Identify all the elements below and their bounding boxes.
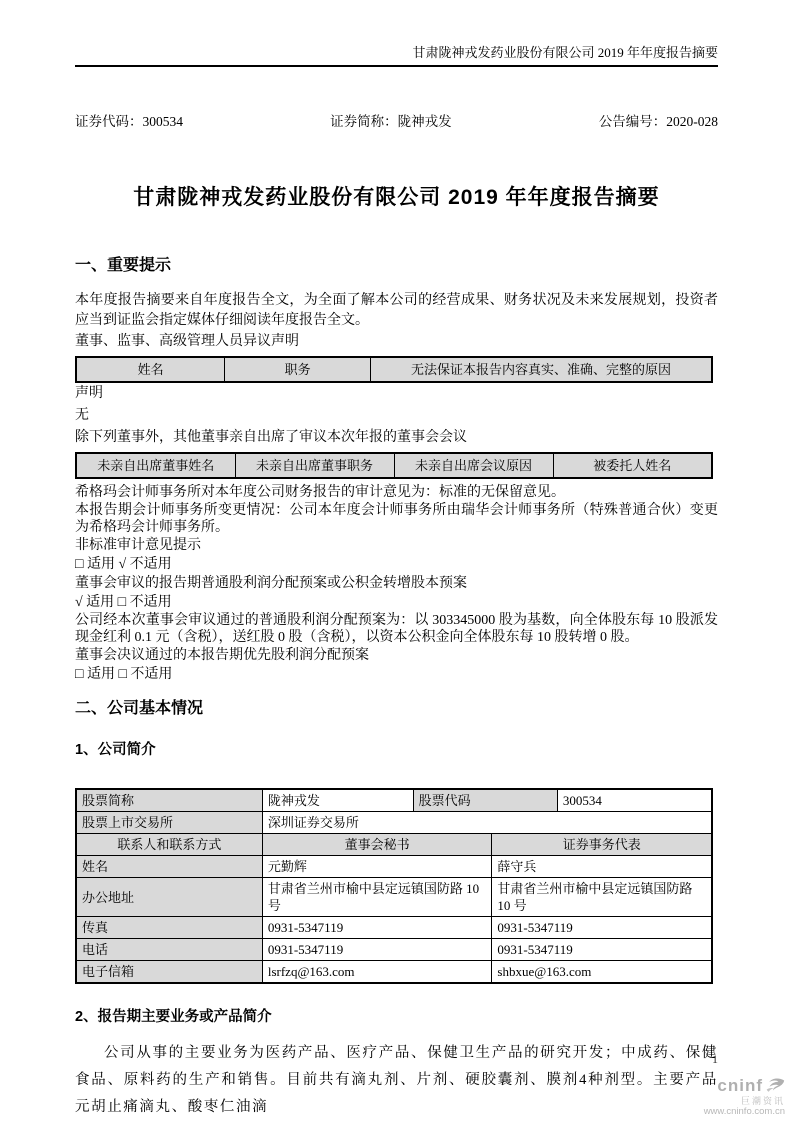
non-standard-label: 非标准审计意见提示: [75, 536, 718, 555]
cninfo-chinese-name: 巨潮资讯: [704, 1096, 785, 1106]
absent-col-name: 未亲自出席董事姓名: [76, 453, 235, 478]
stock-code-value: 300534: [557, 789, 712, 812]
table-row: 未亲自出席董事姓名 未亲自出席董事职务 未亲自出席会议原因 被委托人姓名: [76, 453, 712, 478]
absent-col-position: 未亲自出席董事职务: [235, 453, 394, 478]
dividend-plan-label: 董事会审议的报告期普通股利润分配预案或公积金转增股本预案: [75, 574, 718, 593]
email-label: 电子信箱: [76, 961, 262, 984]
dissent-col-name: 姓名: [76, 357, 225, 382]
dividend-detail: 公司经本次董事会审议通过的普通股利润分配预案为：以 303345000 股为基数…: [75, 612, 718, 646]
company-info-table: 股票简称 陇神戎发 股票代码 300534 股票上市交易所 深圳证券交易所 联系…: [75, 788, 713, 984]
section1-heading: 一、重要提示: [75, 255, 718, 276]
statement-label: 声明: [75, 383, 718, 405]
table-row: 股票简称 陇神戎发 股票代码 300534: [76, 789, 712, 812]
representative-address: 甘肃省兰州市榆中县定远镇国防路 10 号: [492, 878, 712, 917]
preferred-label: 董事会决议通过的本报告期优先股利润分配预案: [75, 646, 718, 665]
header-rule: [75, 65, 718, 67]
table-row: 姓名 职务 无法保证本报告内容真实、准确、完整的原因: [76, 357, 712, 382]
table-row: 电话 0931-5347119 0931-5347119: [76, 939, 712, 961]
intro-paragraph: 本年度报告摘要来自年度报告全文，为全面了解本公司的经营成果、财务状况及未来发展规…: [75, 291, 718, 331]
representative-fax: 0931-5347119: [492, 917, 712, 939]
cninfo-logo-text: cninf: [717, 1076, 763, 1096]
exchange-value: 深圳证券交易所: [262, 812, 712, 834]
table-row: 电子信箱 lsrfzq@163.com shbxue@163.com: [76, 961, 712, 984]
stock-abbr-label: 股票简称: [76, 789, 262, 812]
secretary-fax: 0931-5347119: [262, 917, 492, 939]
office-address-label: 办公地址: [76, 878, 262, 917]
dissent-col-reason: 无法保证本报告内容真实、准确、完整的原因: [370, 357, 712, 382]
cninfo-logo: cninf 巨潮资讯 www.cninfo.com.cn: [704, 1076, 785, 1118]
stock-code: 证券代码：300534: [75, 113, 183, 131]
preferred-choice: □ 适用 □ 不适用: [75, 665, 718, 684]
representative-email: shbxue@163.com: [492, 961, 712, 984]
phone-label: 电话: [76, 939, 262, 961]
dissent-label: 董事、监事、高级管理人员异议声明: [75, 331, 718, 353]
company-profile-subheading: 1、公司简介: [75, 741, 718, 759]
dividend-plan-choice: √ 适用 □ 不适用: [75, 593, 718, 612]
fax-label: 传真: [76, 917, 262, 939]
statement-value: 无: [75, 405, 718, 427]
absent-directors-table: 未亲自出席董事姓名 未亲自出席董事职务 未亲自出席会议原因 被委托人姓名: [75, 452, 713, 479]
accountant-change: 本报告期会计师事务所变更情况：公司本年度会计师事务所由瑞华会计师事务所（特殊普通…: [75, 502, 718, 536]
representative-phone: 0931-5347119: [492, 939, 712, 961]
section2-heading: 二、公司基本情况: [75, 698, 718, 719]
absent-col-reason: 未亲自出席会议原因: [394, 453, 553, 478]
stock-abbr: 证券简称：陇神戎发: [330, 113, 452, 131]
audit-opinion: 希格玛会计师事务所对本年度公司财务报告的审计意见为：标准的无保留意见。: [75, 483, 718, 502]
contact-name-label: 姓名: [76, 856, 262, 878]
table-row: 姓名 元勤辉 薛守兵: [76, 856, 712, 878]
stock-abbr-value: 陇神戎发: [262, 789, 413, 812]
table-row: 联系人和联系方式 董事会秘书 证券事务代表: [76, 834, 712, 856]
exchange-label: 股票上市交易所: [76, 812, 262, 834]
table-row: 办公地址 甘肃省兰州市榆中县定远镇国防路 10 号 甘肃省兰州市榆中县定远镇国防…: [76, 878, 712, 917]
report-page: 甘肃陇神戎发药业股份有限公司 2019 年年度报告摘要 证券代码：300534 …: [0, 0, 793, 1122]
contact-header-secretary: 董事会秘书: [262, 834, 492, 856]
running-title: 甘肃陇神戎发药业股份有限公司 2019 年年度报告摘要: [75, 44, 718, 61]
cninfo-swirl-icon: [765, 1077, 785, 1094]
secretary-address: 甘肃省兰州市榆中县定远镇国防路 10 号: [262, 878, 492, 917]
contact-header-representative: 证券事务代表: [492, 834, 712, 856]
announcement-no: 公告编号：2020-028: [599, 113, 718, 131]
dissent-col-position: 职务: [225, 357, 371, 382]
page-number: 1: [712, 1052, 718, 1067]
stock-code-label: 股票代码: [413, 789, 557, 812]
business-paragraph: 公司从事的主要业务为医药产品、医疗产品、保健卫生产品的研究开发；中成药、保健食品…: [75, 1040, 718, 1121]
secretary-phone: 0931-5347119: [262, 939, 492, 961]
attendance-note: 除下列董事外，其他董事亲自出席了审议本次年报的董事会会议: [75, 427, 718, 449]
meta-row: 证券代码：300534 证券简称：陇神戎发 公告编号：2020-028: [75, 113, 718, 131]
document-title: 甘肃陇神戎发药业股份有限公司 2019 年年度报告摘要: [75, 183, 718, 213]
cninfo-url: www.cninfo.com.cn: [704, 1107, 785, 1118]
absent-col-delegate: 被委托人姓名: [553, 453, 712, 478]
secretary-name: 元勤辉: [262, 856, 492, 878]
business-subheading: 2、报告期主要业务或产品简介: [75, 1008, 718, 1026]
contact-header-label: 联系人和联系方式: [76, 834, 262, 856]
dissent-table: 姓名 职务 无法保证本报告内容真实、准确、完整的原因: [75, 356, 713, 383]
secretary-email: lsrfzq@163.com: [262, 961, 492, 984]
table-row: 传真 0931-5347119 0931-5347119: [76, 917, 712, 939]
representative-name: 薛守兵: [492, 856, 712, 878]
non-standard-choice: □ 适用 √ 不适用: [75, 555, 718, 574]
table-row: 股票上市交易所 深圳证券交易所: [76, 812, 712, 834]
